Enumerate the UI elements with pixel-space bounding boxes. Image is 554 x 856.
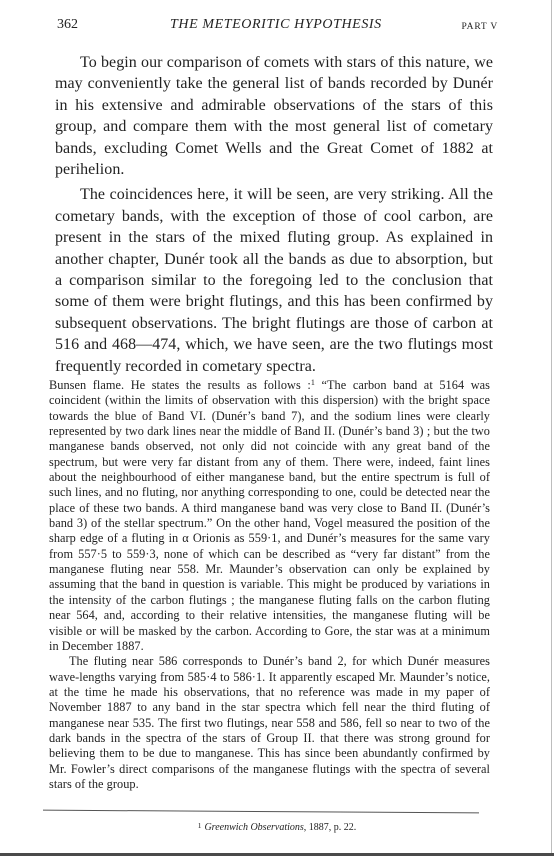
text-run: Bunsen flame. He states the results as f… [49,378,311,392]
part-label: PART V [461,22,498,32]
running-header: 362 THE METEORITIC HYPOTHESIS PART V [57,17,496,37]
continued-note-text: Bunsen flame. He states the results as f… [49,378,490,792]
footnote-divider [43,810,479,814]
footnote-mark: 1 [198,821,202,830]
running-title: THE METEORITIC HYPOTHESIS [170,17,382,33]
footnote-source: Greenwich Observations [204,822,303,833]
small-paragraph: Bunsen flame. He states the results as f… [49,378,490,654]
page-edge-right [551,0,552,856]
footnote-details: , 1887, p. 22. [304,822,357,833]
page-number: 362 [57,17,78,33]
paragraph: To begin our comparison of comets with s… [55,52,493,180]
main-text: To begin our comparison of comets with s… [55,52,493,381]
footnote: 1Greenwich Observations, 1887, p. 22. [0,821,554,833]
paragraph: The coincidences here, it will be seen, … [55,184,493,377]
text-run: “The carbon band at 5164 was coincident … [49,378,490,653]
small-paragraph: The fluting near 586 corresponds to Duné… [49,654,490,792]
